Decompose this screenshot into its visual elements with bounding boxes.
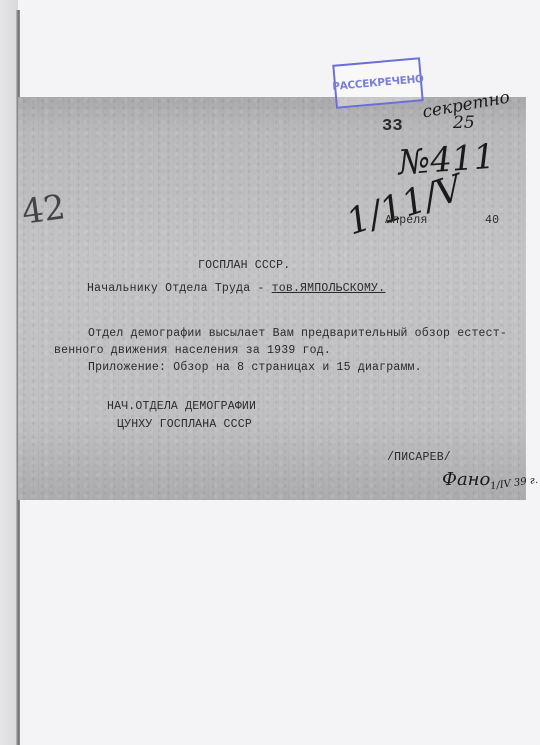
addressee-prefix: Начальнику Отдела Труда - — [87, 282, 265, 295]
date-day: 40 — [485, 214, 499, 227]
body-line-2: венного движения населения за 1939 год. — [54, 344, 331, 357]
addressee-name: тов.ЯМПОЛЬСКОМУ. — [272, 282, 386, 295]
declassified-stamp: РАССЕКРЕЧЕНО — [332, 57, 424, 109]
handwritten-margin-mark: 42 — [19, 187, 67, 233]
signature-title-line-1: НАЧ.ОТДЕЛА ДЕМОГРАФИИ — [107, 400, 256, 413]
addressee-line: Начальнику Отдела Труда - тов.ЯМПОЛЬСКОМ… — [87, 282, 385, 295]
signature-title-line-2: ЦУНХУ ГОСПЛАНА СССР — [117, 418, 252, 431]
handwritten-signature: Фано — [442, 469, 490, 490]
body-line-1: Отдел демографии высылает Вам предварите… — [88, 327, 507, 340]
document-title: ГОСПЛАН СССР. — [198, 259, 290, 272]
date-month: Апреля — [385, 214, 428, 227]
handwritten-number: 25 — [453, 113, 475, 133]
signer-name: /ПИСАРЕВ/ — [387, 451, 451, 464]
typed-number: 33 — [382, 117, 403, 136]
attachment-line: Приложение: Обзор на 8 страницах и 15 ди… — [88, 361, 422, 374]
